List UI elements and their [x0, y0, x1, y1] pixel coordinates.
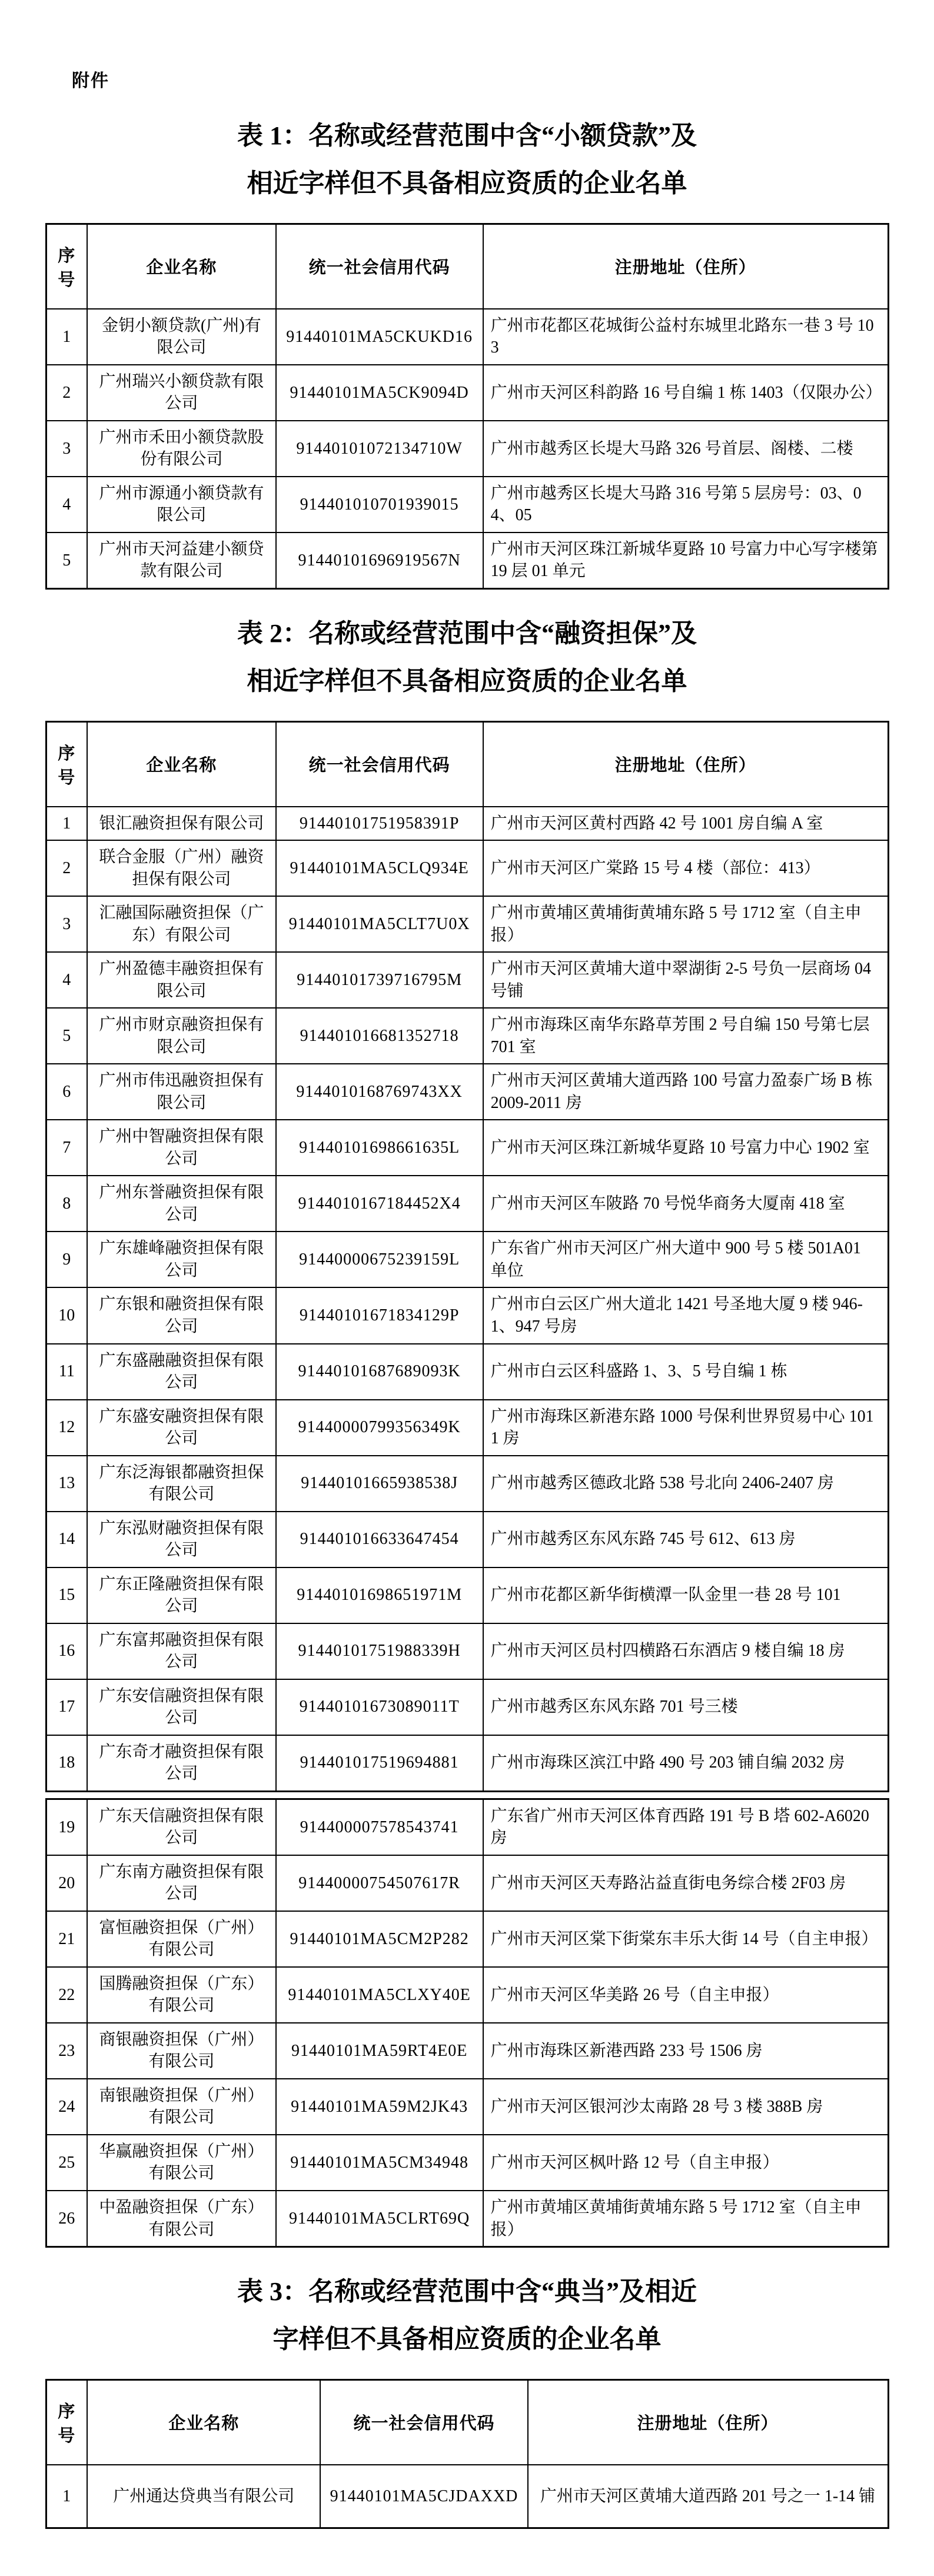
table-row: 11广东盛融融资担保有限公司91440101687689093K广州市白云区科盛… [46, 1344, 888, 1400]
table-segments: 序号企业名称统一社会信用代码注册地址（住所）1金钥小额贷款(广州)有限公司914… [0, 223, 934, 590]
row-number-cell: 23 [46, 2023, 87, 2079]
column-header-name: 企业名称 [87, 224, 276, 309]
credit-code-cell: 914401010701939015 [276, 477, 483, 532]
registered-address-cell: 广州市海珠区南华东路草芳围 2 号自编 150 号第七层 701 室 [483, 1008, 888, 1064]
company-name-cell: 广州东誉融资担保有限公司 [87, 1176, 276, 1232]
table-block: 表 2：名称或经营范围中含“融资担保”及 相近字样但不具备相应资质的企业名单 序… [0, 610, 934, 2248]
company-name-cell: 广东银和融资担保有限公司 [87, 1287, 276, 1343]
column-header-code: 统一社会信用代码 [320, 2379, 527, 2465]
column-header-code: 统一社会信用代码 [276, 224, 483, 309]
company-name-cell: 广州中智融资担保有限公司 [87, 1120, 276, 1176]
company-name-cell: 汇融国际融资担保（广东）有限公司 [87, 896, 276, 952]
table-row: 7广州中智融资担保有限公司91440101698661635L广州市天河区珠江新… [46, 1120, 888, 1176]
table-block: 表 1：名称或经营范围中含“小额贷款”及 相近字样但不具备相应资质的企业名单 序… [0, 112, 934, 590]
company-name-cell: 广东雄峰融资担保有限公司 [87, 1232, 276, 1287]
table-row: 14广东泓财融资担保有限公司914401016633647454广州市越秀区东风… [46, 1512, 888, 1567]
table-row: 24南银融资担保（广州）有限公司91440101MA59M2JK43广州市天河区… [46, 2079, 888, 2135]
registered-address-cell: 广州市天河区员村四横路石东酒店 9 楼自编 18 房 [483, 1623, 888, 1679]
credit-code-cell: 91440000675239159L [276, 1232, 483, 1287]
credit-code-cell: 91440101MA5CLRT69Q [276, 2191, 483, 2247]
tables-host: 表 1：名称或经营范围中含“小额贷款”及 相近字样但不具备相应资质的企业名单 序… [0, 112, 934, 2529]
table-row: 4广州市源通小额贷款有限公司914401010701939015广州市越秀区长堤… [46, 477, 888, 532]
row-number-cell: 9 [46, 1232, 87, 1287]
column-header-index: 序号 [46, 224, 87, 309]
registered-address-cell: 广州市天河区黄埔大道中翠湖街 2-5 号负一层商场 04 号铺 [483, 952, 888, 1008]
company-name-cell: 富恒融资担保（广州）有限公司 [87, 1911, 276, 1967]
credit-code-cell: 91440101698661635L [276, 1120, 483, 1176]
credit-code-cell: 91440101MA5CM34948 [276, 2135, 483, 2191]
company-name-cell: 广东奇才融资担保有限公司 [87, 1735, 276, 1792]
registered-address-cell: 广州市天河区华美路 26 号（自主申报） [483, 1967, 888, 2023]
company-name-cell: 银汇融资担保有限公司 [87, 807, 276, 841]
registered-address-cell: 广州市天河区棠下街棠东丰乐大街 14 号（自主申报） [483, 1911, 888, 1967]
table-row: 1金钥小额贷款(广州)有限公司91440101MA5CKUKD16广州市花都区花… [46, 309, 888, 365]
registered-address-cell: 广州市白云区科盛路 1、3、5 号自编 1 栋 [483, 1344, 888, 1400]
table-row: 5广州市财京融资担保有限公司914401016681352718广州市海珠区南华… [46, 1008, 888, 1064]
company-name-cell: 广州市伟迅融资担保有限公司 [87, 1064, 276, 1120]
row-number-cell: 26 [46, 2191, 87, 2247]
table-row: 1银汇融资担保有限公司91440101751958391P广州市天河区黄村西路 … [46, 807, 888, 841]
credit-code-cell: 91440101751988339H [276, 1623, 483, 1679]
table-row: 25华赢融资担保（广州）有限公司91440101MA5CM34948广州市天河区… [46, 2135, 888, 2191]
company-name-cell: 中盈融资担保（广东）有限公司 [87, 2191, 276, 2247]
company-table: 序号企业名称统一社会信用代码注册地址（住所）1银汇融资担保有限公司9144010… [45, 721, 889, 1792]
column-header-index: 序号 [46, 721, 87, 807]
row-number-cell: 1 [46, 309, 87, 365]
registered-address-cell: 广州市天河区珠江新城华夏路 10 号富力中心 1902 室 [483, 1120, 888, 1176]
registered-address-cell: 广州市天河区黄村西路 42 号 1001 房自编 A 室 [483, 807, 888, 841]
credit-code-cell: 91440101751958391P [276, 807, 483, 841]
table-row: 26中盈融资担保（广东）有限公司91440101MA5CLRT69Q广州市黄埔区… [46, 2191, 888, 2247]
row-number-cell: 2 [46, 840, 87, 896]
table-row: 13广东泛海银都融资担保有限公司91440101665938538J广州市越秀区… [46, 1456, 888, 1512]
table-row: 8广州东誉融资担保有限公司9144010167184452X4广州市天河区车陂路… [46, 1176, 888, 1232]
credit-code-cell: 91440101MA5CM2P282 [276, 1911, 483, 1967]
credit-code-cell: 91440101MA59M2JK43 [276, 2079, 483, 2135]
table-row: 19广东天信融资担保有限公司914400007578543741广东省广州市天河… [46, 1799, 888, 1855]
credit-code-cell: 91440101696919567N [276, 532, 483, 589]
registered-address-cell: 广州市天河区银河沙太南路 28 号 3 楼 388B 房 [483, 2079, 888, 2135]
credit-code-cell: 91440101673089011T [276, 1679, 483, 1735]
credit-code-cell: 9144010167184452X4 [276, 1176, 483, 1232]
credit-code-cell: 91440101MA5CKUKD16 [276, 309, 483, 365]
credit-code-cell: 91440101MA5CLXY40E [276, 1967, 483, 2023]
row-number-cell: 13 [46, 1456, 87, 1512]
company-name-cell: 广东正隆融资担保有限公司 [87, 1567, 276, 1623]
registered-address-cell: 广州市天河区车陂路 70 号悦华商务大厦南 418 室 [483, 1176, 888, 1232]
row-number-cell: 14 [46, 1512, 87, 1567]
column-header-address: 注册地址（住所） [483, 721, 888, 807]
company-name-cell: 广州通达贷典当有限公司 [87, 2465, 320, 2528]
credit-code-cell: 91440101MA5CK9094D [276, 365, 483, 421]
row-number-cell: 3 [46, 421, 87, 477]
row-number-cell: 1 [46, 807, 87, 841]
row-number-cell: 22 [46, 1967, 87, 2023]
credit-code-cell: 91440101MA5CLQ934E [276, 840, 483, 896]
column-header-index: 序号 [46, 2379, 87, 2465]
credit-code-cell: 91440101665938538J [276, 1456, 483, 1512]
registered-address-cell: 广东省广州市天河区广州大道中 900 号 5 楼 501A01 单位 [483, 1232, 888, 1287]
company-name-cell: 国腾融资担保（广东）有限公司 [87, 1967, 276, 2023]
table-row: 1广州通达贷典当有限公司91440101MA5CJDAXXD广州市天河区黄埔大道… [46, 2465, 888, 2528]
row-number-cell: 11 [46, 1344, 87, 1400]
attachment-label: 附件 [72, 66, 934, 92]
table-row: 16广东富邦融资担保有限公司91440101751988339H广州市天河区员村… [46, 1623, 888, 1679]
registered-address-cell: 广州市天河区广棠路 15 号 4 楼（部位：413） [483, 840, 888, 896]
row-number-cell: 15 [46, 1567, 87, 1623]
row-number-cell: 10 [46, 1287, 87, 1343]
credit-code-cell: 91440101072134710W [276, 421, 483, 477]
company-name-cell: 广东泓财融资担保有限公司 [87, 1512, 276, 1567]
registered-address-cell: 广州市白云区广州大道北 1421 号圣地大厦 9 楼 946-1、947 号房 [483, 1287, 888, 1343]
credit-code-cell: 914401016633647454 [276, 1512, 483, 1567]
company-name-cell: 华赢融资担保（广州）有限公司 [87, 2135, 276, 2191]
registered-address-cell: 广州市天河区珠江新城华夏路 10 号富力中心写字楼第 19 层 01 单元 [483, 532, 888, 589]
credit-code-cell: 91440000754507617R [276, 1855, 483, 1911]
company-table: 序号企业名称统一社会信用代码注册地址（住所）1广州通达贷典当有限公司914401… [45, 2379, 889, 2530]
row-number-cell: 20 [46, 1855, 87, 1911]
table-block: 表 3：名称或经营范围中含“典当”及相近 字样但不具备相应资质的企业名单 序号企… [0, 2268, 934, 2529]
row-number-cell: 2 [46, 365, 87, 421]
credit-code-cell: 91440101MA59RT4E0E [276, 2023, 483, 2079]
header-row: 序号企业名称统一社会信用代码注册地址（住所） [46, 721, 888, 807]
company-name-cell: 广州市禾田小额贷款股份有限公司 [87, 421, 276, 477]
registered-address-cell: 广东省广州市天河区体育西路 191 号 B 塔 602-A6020 房 [483, 1799, 888, 1855]
table-row: 17广东安信融资担保有限公司91440101673089011T广州市越秀区东风… [46, 1679, 888, 1735]
row-number-cell: 5 [46, 532, 87, 589]
table-row: 3汇融国际融资担保（广东）有限公司91440101MA5CLT7U0X广州市黄埔… [46, 896, 888, 952]
credit-code-cell: 914400007578543741 [276, 1799, 483, 1855]
company-name-cell: 广东安信融资担保有限公司 [87, 1679, 276, 1735]
row-number-cell: 4 [46, 952, 87, 1008]
company-name-cell: 金钥小额贷款(广州)有限公司 [87, 309, 276, 365]
registered-address-cell: 广州市黄埔区黄埔街黄埔东路 5 号 1712 室（自主申报） [483, 896, 888, 952]
row-number-cell: 8 [46, 1176, 87, 1232]
registered-address-cell: 广州市越秀区长堤大马路 326 号首层、阁楼、二楼 [483, 421, 888, 477]
company-name-cell: 广州市天河益建小额贷款有限公司 [87, 532, 276, 589]
row-number-cell: 17 [46, 1679, 87, 1735]
registered-address-cell: 广州市天河区黄埔大道西路 100 号富力盈泰广场 B 栋 2009-2011 房 [483, 1064, 888, 1120]
company-name-cell: 广东天信融资担保有限公司 [87, 1799, 276, 1855]
credit-code-cell: 91440101671834129P [276, 1287, 483, 1343]
table-row: 18广东奇才融资担保有限公司914401017519694881广州市海珠区滨江… [46, 1735, 888, 1792]
table-row: 3广州市禾田小额贷款股份有限公司91440101072134710W广州市越秀区… [46, 421, 888, 477]
row-number-cell: 5 [46, 1008, 87, 1064]
table-title-line-2: 字样但不具备相应资质的企业名单 [120, 2315, 815, 2363]
table-title: 表 1：名称或经营范围中含“小额贷款”及 相近字样但不具备相应资质的企业名单 [120, 112, 815, 208]
registered-address-cell: 广州市花都区新华街横潭一队金里一巷 28 号 101 [483, 1567, 888, 1623]
row-number-cell: 1 [46, 2465, 87, 2528]
credit-code-cell: 91440101687689093K [276, 1344, 483, 1400]
table-title-line-2: 相近字样但不具备相应资质的企业名单 [120, 159, 815, 207]
credit-code-cell: 91440101MA5CLT7U0X [276, 896, 483, 952]
row-number-cell: 12 [46, 1400, 87, 1456]
registered-address-cell: 广州市越秀区东风东路 701 号三楼 [483, 1679, 888, 1735]
row-number-cell: 24 [46, 2079, 87, 2135]
registered-address-cell: 广州市海珠区新港西路 233 号 1506 房 [483, 2023, 888, 2079]
registered-address-cell: 广州市天河区科韵路 16 号自编 1 栋 1403（仅限办公） [483, 365, 888, 421]
row-number-cell: 19 [46, 1799, 87, 1855]
company-name-cell: 广州瑞兴小额贷款有限公司 [87, 365, 276, 421]
table-row: 22国腾融资担保（广东）有限公司91440101MA5CLXY40E广州市天河区… [46, 1967, 888, 2023]
registered-address-cell: 广州市海珠区新港东路 1000 号保利世界贸易中心 1011 房 [483, 1400, 888, 1456]
company-name-cell: 广东富邦融资担保有限公司 [87, 1623, 276, 1679]
company-name-cell: 广州市财京融资担保有限公司 [87, 1008, 276, 1064]
registered-address-cell: 广州市花都区花城街公益村东城里北路东一巷 3 号 103 [483, 309, 888, 365]
registered-address-cell: 广州市天河区天寿路沾益直街电务综合楼 2F03 房 [483, 1855, 888, 1911]
credit-code-cell: 91440000799356349K [276, 1400, 483, 1456]
table-title-line-1: 表 1：名称或经营范围中含“小额贷款”及 [120, 112, 815, 159]
company-name-cell: 南银融资担保（广州）有限公司 [87, 2079, 276, 2135]
credit-code-cell: 91440101MA5CJDAXXD [320, 2465, 527, 2528]
registered-address-cell: 广州市黄埔区黄埔街黄埔东路 5 号 1712 室（自主申报） [483, 2191, 888, 2247]
row-number-cell: 4 [46, 477, 87, 532]
column-header-code: 统一社会信用代码 [276, 721, 483, 807]
row-number-cell: 25 [46, 2135, 87, 2191]
row-number-cell: 21 [46, 1911, 87, 1967]
header-row: 序号企业名称统一社会信用代码注册地址（住所） [46, 2379, 888, 2465]
row-number-cell: 18 [46, 1735, 87, 1792]
company-name-cell: 广东盛融融资担保有限公司 [87, 1344, 276, 1400]
credit-code-cell: 9144010168769743XX [276, 1064, 483, 1120]
table-row: 2联合金服（广州）融资担保有限公司91440101MA5CLQ934E广州市天河… [46, 840, 888, 896]
registered-address-cell: 广州市越秀区德政北路 538 号北向 2406-2407 房 [483, 1456, 888, 1512]
company-name-cell: 广州市源通小额贷款有限公司 [87, 477, 276, 532]
table-row: 20广东南方融资担保有限公司91440000754507617R广州市天河区天寿… [46, 1855, 888, 1911]
registered-address-cell: 广州市天河区黄埔大道西路 201 号之一 1-14 铺 [528, 2465, 889, 2528]
row-number-cell: 6 [46, 1064, 87, 1120]
document-page: 附件 表 1：名称或经营范围中含“小额贷款”及 相近字样但不具备相应资质的企业名… [0, 0, 934, 2576]
column-header-address: 注册地址（住所） [483, 224, 888, 309]
company-table: 19广东天信融资担保有限公司914400007578543741广东省广州市天河… [45, 1798, 889, 2248]
column-header-name: 企业名称 [87, 2379, 320, 2465]
company-name-cell: 广东泛海银都融资担保有限公司 [87, 1456, 276, 1512]
table-row: 21富恒融资担保（广州）有限公司91440101MA5CM2P282广州市天河区… [46, 1911, 888, 1967]
row-number-cell: 7 [46, 1120, 87, 1176]
table-title-line-1: 表 2：名称或经营范围中含“融资担保”及 [120, 610, 815, 657]
table-title-line-1: 表 3：名称或经营范围中含“典当”及相近 [120, 2268, 815, 2315]
registered-address-cell: 广州市海珠区滨江中路 490 号 203 铺自编 2032 房 [483, 1735, 888, 1792]
column-header-name: 企业名称 [87, 721, 276, 807]
company-name-cell: 广州盈德丰融资担保有限公司 [87, 952, 276, 1008]
row-number-cell: 3 [46, 896, 87, 952]
header-row: 序号企业名称统一社会信用代码注册地址（住所） [46, 224, 888, 309]
company-name-cell: 广东南方融资担保有限公司 [87, 1855, 276, 1911]
credit-code-cell: 91440101698651971M [276, 1567, 483, 1623]
registered-address-cell: 广州市越秀区东风东路 745 号 612、613 房 [483, 1512, 888, 1567]
company-name-cell: 广东盛安融资担保有限公司 [87, 1400, 276, 1456]
table-segments: 序号企业名称统一社会信用代码注册地址（住所）1银汇融资担保有限公司9144010… [0, 721, 934, 2248]
column-header-address: 注册地址（住所） [528, 2379, 889, 2465]
registered-address-cell: 广州市越秀区长堤大马路 316 号第 5 层房号：03、04、05 [483, 477, 888, 532]
table-row: 9广东雄峰融资担保有限公司91440000675239159L广东省广州市天河区… [46, 1232, 888, 1287]
table-row: 23商银融资担保（广州）有限公司91440101MA59RT4E0E广州市海珠区… [46, 2023, 888, 2079]
table-row: 5广州市天河益建小额贷款有限公司91440101696919567N广州市天河区… [46, 532, 888, 589]
credit-code-cell: 914401017519694881 [276, 1735, 483, 1792]
table-title: 表 2：名称或经营范围中含“融资担保”及 相近字样但不具备相应资质的企业名单 [120, 610, 815, 705]
table-row: 2广州瑞兴小额贷款有限公司91440101MA5CK9094D广州市天河区科韵路… [46, 365, 888, 421]
table-title: 表 3：名称或经营范围中含“典当”及相近 字样但不具备相应资质的企业名单 [120, 2268, 815, 2364]
table-segments: 序号企业名称统一社会信用代码注册地址（住所）1广州通达贷典当有限公司914401… [0, 2379, 934, 2530]
credit-code-cell: 91440101739716795M [276, 952, 483, 1008]
company-name-cell: 商银融资担保（广州）有限公司 [87, 2023, 276, 2079]
company-name-cell: 联合金服（广州）融资担保有限公司 [87, 840, 276, 896]
row-number-cell: 16 [46, 1623, 87, 1679]
credit-code-cell: 914401016681352718 [276, 1008, 483, 1064]
table-row: 4广州盈德丰融资担保有限公司91440101739716795M广州市天河区黄埔… [46, 952, 888, 1008]
company-table: 序号企业名称统一社会信用代码注册地址（住所）1金钥小额贷款(广州)有限公司914… [45, 223, 889, 590]
table-title-line-2: 相近字样但不具备相应资质的企业名单 [120, 657, 815, 705]
table-row: 12广东盛安融资担保有限公司91440000799356349K广州市海珠区新港… [46, 1400, 888, 1456]
table-row: 15广东正隆融资担保有限公司91440101698651971M广州市花都区新华… [46, 1567, 888, 1623]
table-row: 10广东银和融资担保有限公司91440101671834129P广州市白云区广州… [46, 1287, 888, 1343]
registered-address-cell: 广州市天河区枫叶路 12 号（自主申报） [483, 2135, 888, 2191]
table-row: 6广州市伟迅融资担保有限公司9144010168769743XX广州市天河区黄埔… [46, 1064, 888, 1120]
